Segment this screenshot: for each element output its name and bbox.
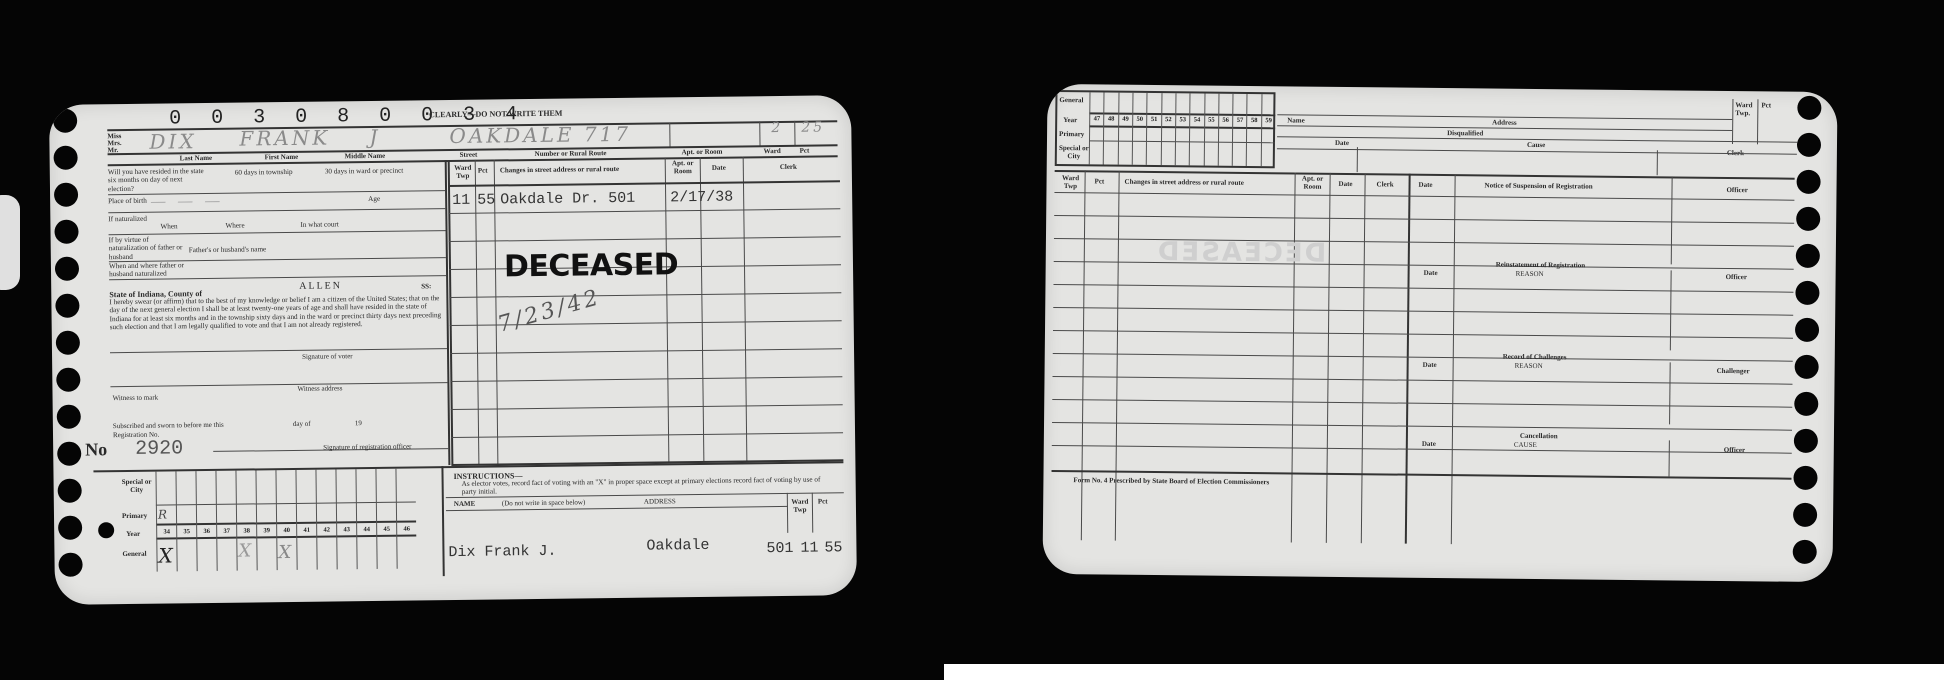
name-label: Name <box>1287 116 1305 124</box>
year-prefix: 19 <box>355 419 362 427</box>
year-label: 37 <box>217 528 236 535</box>
punch-hole <box>58 516 82 540</box>
father-label: If by virtue of naturalization of father… <box>109 235 184 261</box>
street-value: OAKDALE 717 <box>449 122 631 148</box>
number-sign: No <box>85 440 107 458</box>
challenges-reason: REASON <box>1515 362 1543 370</box>
punch-hole <box>58 479 82 503</box>
footer-pct-label: Pct <box>818 497 828 505</box>
footer-name: Dix Frank J. <box>448 543 556 561</box>
suspension-officer: Officer <box>1726 186 1747 194</box>
middle-name-label: Middle Name <box>345 152 386 160</box>
year-column-57: 57 <box>1232 94 1247 166</box>
change-row-ward: 11 <box>452 192 470 209</box>
year-column-42: 42 <box>315 469 336 569</box>
birth-label: Place of birth <box>108 197 148 206</box>
subscribed-label: Subscribed and sworn to before me this <box>113 421 224 430</box>
row-year: Year <box>1063 116 1077 124</box>
deceased-date: 7/23/42 <box>495 285 604 338</box>
year-column-36: 36 <box>195 471 216 571</box>
year-label: 57 <box>1233 117 1246 124</box>
punch-hole <box>54 220 78 244</box>
year-column-47: 47 <box>1089 92 1104 164</box>
col-clerk: Clerk <box>1377 180 1394 188</box>
footer-number: 501 <box>766 540 793 557</box>
col-clerk: Clerk <box>780 163 797 171</box>
year-column-37: 37 <box>215 471 236 571</box>
registration-card-front: 0 0 3 0 8 0 0 3 4 CLEARLY—DO NOT WRITE T… <box>49 95 857 605</box>
year-column-44: 44 <box>355 469 376 569</box>
year-label: 56 <box>1219 117 1232 124</box>
col-ward-twp: Ward Twp <box>1058 174 1082 190</box>
punch-hole <box>1796 244 1820 268</box>
col-date: Date <box>712 164 726 172</box>
day-of-label: day of <box>293 420 311 428</box>
date-label: Date <box>1335 139 1349 147</box>
witness-address-label: Witness address <box>297 384 342 393</box>
oath-ss: SS: <box>421 282 431 290</box>
punch-hole <box>1796 207 1820 231</box>
punch-hole <box>1797 133 1821 157</box>
year-column-46: 46 <box>395 468 416 568</box>
footer-ward-label: Ward Twp <box>790 498 810 514</box>
header-instruction: CLEARLY—DO NOT WRITE THEM <box>429 109 562 120</box>
registration-number: 2920 <box>135 437 183 461</box>
year-column-58: 58 <box>1246 94 1261 166</box>
row-general: General <box>122 550 146 558</box>
residency-question: Will you have resided in the state six m… <box>108 167 208 193</box>
year-label: 43 <box>337 526 356 533</box>
cause-label: Cause <box>1527 141 1545 149</box>
year-label: 34 <box>157 528 176 535</box>
cancellation-cause: CAUSE <box>1514 441 1537 449</box>
year-column-43: 43 <box>335 469 356 569</box>
oath-text: I hereby swear (or affirm) that to the b… <box>109 294 441 332</box>
ward-value: 2 <box>771 120 783 136</box>
col-pct: Pct <box>478 167 488 175</box>
change-row-pct: 55 <box>477 191 495 208</box>
year-column-53: 53 <box>1175 93 1190 165</box>
row-primary: Primary <box>1059 130 1084 138</box>
col-changes: Changes in street address or rural route <box>1125 178 1244 187</box>
year-label: 58 <box>1248 117 1261 124</box>
col-date: Date <box>1339 180 1353 188</box>
ward-twp-label: Ward Twp. <box>1735 101 1755 117</box>
punch-hole <box>55 257 79 281</box>
footer-pct: 55 <box>824 539 842 556</box>
scan-edge <box>944 664 1944 680</box>
punch-hole <box>56 368 80 392</box>
year-column-56: 56 <box>1218 94 1233 166</box>
reinstatement-title: Reinstatement of Registration <box>1496 261 1586 270</box>
pct-value: 25 <box>801 119 825 135</box>
cancellation-officer: Officer <box>1724 446 1745 454</box>
punch-hole <box>57 442 81 466</box>
first-name-label: First Name <box>265 153 299 161</box>
year-label: 46 <box>397 525 416 532</box>
year-label: 48 <box>1104 115 1117 122</box>
year-column-39: 39 <box>255 470 276 570</box>
year-label: 54 <box>1190 116 1203 123</box>
voting-history-grid-back: General Year Primary Special or City 474… <box>1055 90 1276 168</box>
father-name-label: Father's or husband's name <box>189 245 267 254</box>
challenges-challenger: Challenger <box>1717 367 1750 375</box>
punch-hole <box>1793 540 1817 564</box>
middle-name-value: J <box>369 125 380 149</box>
cancellation-title: Cancellation <box>1520 432 1558 440</box>
row-special-city: Special or City <box>122 478 152 494</box>
punch-hole <box>58 553 82 577</box>
year-label: 42 <box>317 526 336 533</box>
reinstatement-officer: Officer <box>1726 273 1747 281</box>
naturalized-label: If naturalized <box>108 215 148 224</box>
naturalized-when: When <box>160 222 177 231</box>
reinstatement-reason: REASON <box>1516 270 1544 278</box>
number-label: Number or Rural Route <box>535 149 607 158</box>
general-mark-40: X <box>278 542 294 563</box>
punch-hole <box>53 109 77 133</box>
punch-hole <box>56 331 80 355</box>
year-label: 55 <box>1205 117 1218 124</box>
street-label: Street <box>460 151 478 159</box>
year-column-54: 54 <box>1189 93 1204 165</box>
punch-hole <box>54 183 78 207</box>
year-label: 36 <box>197 528 216 535</box>
punch-hole <box>1795 281 1819 305</box>
year-columns: 47484950515253545556575859 <box>1089 92 1276 166</box>
punch-hole <box>1795 355 1819 379</box>
col-apt: Apt. or Room <box>668 159 698 175</box>
challenges-date: Date <box>1423 361 1437 369</box>
year-label: 49 <box>1119 116 1132 123</box>
general-mark-38: X <box>238 540 254 561</box>
footer-address: Oakdale <box>646 537 709 555</box>
voting-history-grid: Special or City Primary Year General 343… <box>103 468 439 596</box>
year-column-50: 50 <box>1132 93 1147 165</box>
registration-card-back: General Year Primary Special or City 474… <box>1042 84 1837 582</box>
deceased-stamp: DECEASED <box>504 247 679 284</box>
pct-label: Pct <box>800 147 810 155</box>
year-label: 53 <box>1176 116 1189 123</box>
officer-signature-label: Signature of registration officer <box>323 443 411 452</box>
year-column-52: 52 <box>1160 93 1175 165</box>
punch-hole <box>1797 96 1821 120</box>
naturalized-court: In what court <box>300 220 338 229</box>
first-name-value: FRANK <box>239 125 330 150</box>
year-column-48: 48 <box>1103 92 1118 164</box>
punch-hole <box>1794 429 1818 453</box>
father-naturalized-label: When and where father or husband natural… <box>109 261 204 279</box>
ward-label: Ward <box>764 147 781 155</box>
year-label: 50 <box>1133 116 1146 123</box>
punch-hole <box>57 405 81 429</box>
col-ward-twp: Ward Twp <box>452 164 474 180</box>
year-column-55: 55 <box>1203 94 1218 166</box>
year-label: 51 <box>1147 116 1160 123</box>
col-changes: Changes in street address or rural route <box>500 165 619 174</box>
year-column-51: 51 <box>1146 93 1161 165</box>
year-column-45: 45 <box>375 469 396 569</box>
apt-label: Apt. or Room <box>682 148 723 156</box>
address-label: Address <box>1492 119 1516 127</box>
year-label: 41 <box>297 527 316 534</box>
punch-hole <box>1793 503 1817 527</box>
row-year: Year <box>126 530 140 538</box>
pct-label: Pct <box>1761 101 1771 109</box>
punch-hole <box>1795 318 1819 342</box>
township-days: 60 days in township <box>235 168 305 177</box>
col-pct: Pct <box>1095 177 1105 185</box>
reinstatement-date: Date <box>1424 269 1438 277</box>
year-label: 45 <box>377 526 396 533</box>
change-row-address: Oakdale Dr. 501 <box>500 190 635 209</box>
oath-county: ALLEN <box>299 281 342 291</box>
punch-hole <box>1793 466 1817 490</box>
ward-days: 30 days in ward or precinct <box>325 167 405 176</box>
row-general: General <box>1059 96 1083 104</box>
last-name-label: Last Name <box>180 154 213 162</box>
challenges-title: Record of Challenges <box>1503 353 1567 362</box>
last-name-value: DIX <box>149 129 196 154</box>
age-label: Age <box>368 195 380 204</box>
no-write-label: (Do not write in space below) <box>502 498 585 507</box>
punch-hole <box>55 294 79 318</box>
footer-ward: 11 <box>800 540 818 557</box>
year-column-59: 59 <box>1260 94 1275 166</box>
suspension-date: Date <box>1419 181 1433 189</box>
punch-hole <box>1796 170 1820 194</box>
general-mark-34: X <box>158 543 176 567</box>
year-column-49: 49 <box>1117 93 1132 165</box>
row-special-city: Special or City <box>1059 144 1089 160</box>
primary-mark-34: R <box>158 507 170 521</box>
year-label: 59 <box>1262 117 1275 124</box>
col-apt: Apt. or Room <box>1298 175 1326 191</box>
year-column-35: 35 <box>175 471 196 571</box>
year-label: 44 <box>357 526 376 533</box>
name-column-label: NAME <box>454 500 475 508</box>
suspension-notice: Notice of Suspension of Registration <box>1485 181 1593 190</box>
row-primary: Primary <box>122 512 147 520</box>
voter-signature-label: Signature of voter <box>302 352 353 361</box>
year-label: 35 <box>177 528 196 535</box>
change-row-date: 2/17/38 <box>670 189 733 207</box>
birth-value: — — — <box>150 191 223 211</box>
year-label: 40 <box>277 527 296 534</box>
year-column-41: 41 <box>295 470 316 570</box>
year-label: 38 <box>237 527 256 534</box>
year-label: 39 <box>257 527 276 534</box>
year-label: 52 <box>1162 116 1175 123</box>
naturalized-where: Where <box>225 222 244 231</box>
disqualified-label: Disqualified <box>1447 129 1483 137</box>
witness-mark-label: Witness to mark <box>113 394 159 403</box>
punch-hole <box>1794 392 1818 416</box>
form-footer: Form No. 4 Prescribed by State Board of … <box>1073 476 1269 486</box>
punch-hole <box>53 146 77 170</box>
year-label: 47 <box>1090 115 1103 122</box>
cancellation-date: Date <box>1422 440 1436 448</box>
address-column-label: ADDRESS <box>644 497 676 505</box>
background-fragment <box>0 195 20 290</box>
